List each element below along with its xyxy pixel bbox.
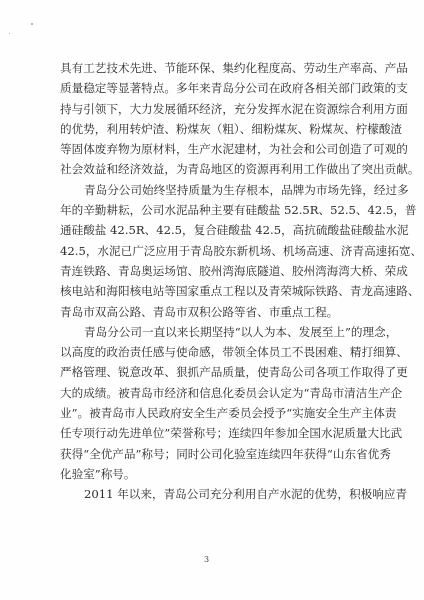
text-line: 业”。被青岛市人民政府安全生产委员会授予“实施安全生产主体责 [60, 403, 364, 423]
text-line: 任专项行动先进单位”荣誉称号；连续四年参加全国水泥质量大比武 [60, 423, 364, 443]
body-text: 具有工艺技术先进、节能环保、集约化程度高、劳动生产率高、产品 质量稳定等显著特点… [60, 58, 364, 505]
text-line: 质量稳定等显著特点。多年来青岛分公司在政府各相关部门政策的支 [60, 78, 364, 98]
paragraph-start-line: 2011 年以来，青岛公司充分利用自产水泥的优势，积极响应青 [60, 484, 364, 504]
text-line: 严格管理、锐意改革、狠抓产品质量，使青岛公司各项工作取得了更 [60, 362, 364, 382]
text-line: 青岛市双高公路、青岛市双积公路等省、市重点工程。 [60, 302, 364, 322]
text-line: 具有工艺技术先进、节能环保、集约化程度高、劳动生产率高、产品 [60, 58, 364, 78]
text-line: 通硅酸盐 42.5R、42.5，复合硅酸盐 42.5，高抗硫酸盐硅酸盐水泥 [60, 220, 364, 240]
text-line: 年的辛勤耕耘，公司水泥品种主要有硅酸盐 52.5R、52.5、42.5，普 [60, 200, 364, 220]
text-line: 的优势，利用转炉渣、粉煤灰（粗）、细粉煤灰、粉煤灰、柠檬酸渣 [60, 119, 364, 139]
paragraph-start-line: 青岛分公司一直以来长期坚持“以人为本、发展至上”的理念， [60, 322, 364, 342]
paragraph-start-line: 青岛分公司始终坚持质量为生存根本，品牌为市场先锋，经过多 [60, 180, 364, 200]
text-line: 核电站和海阳核电站等国家重点工程以及青荣城际铁路、青龙高速路、 [60, 281, 364, 301]
text-line: 等固体废弃物为原材料，生产水泥建材，为社会和公司创造了可观的 [60, 139, 364, 159]
text-line: 社会效益和经济效益，为青岛地区的资源再利用工作做出了突出贡献。 [60, 159, 364, 179]
scan-speck [31, 23, 33, 25]
text-line: 获得“全优产品”称号；同时公司化验室连续四年获得“山东省优秀 [60, 444, 364, 464]
scan-speck [9, 33, 10, 34]
text-line: 42.5，水泥已广泛应用于青岛胶东新机场、机场高速、济青高速拓宽、 [60, 241, 364, 261]
text-line: 化验室”称号。 [60, 464, 364, 484]
text-line: 以高度的政治责任感与使命感，带领全体员工不畏困难、精打细算、 [60, 342, 364, 362]
text-line: 青连铁路、青岛奥运场馆、胶州湾海底隧道、胶州湾海湾大桥、荣成 [60, 261, 364, 281]
text-line: 大的成绩。被青岛市经济和信息化委员会认定为“青岛市清洁生产企 [60, 383, 364, 403]
document-page: 具有工艺技术先进、节能环保、集约化程度高、劳动生产率高、产品 质量稳定等显著特点… [0, 0, 424, 600]
page-number: 3 [204, 555, 209, 564]
text-line: 持与引领下，大力发展循环经济，充分发挥水泥在资源综合利用方面 [60, 99, 364, 119]
